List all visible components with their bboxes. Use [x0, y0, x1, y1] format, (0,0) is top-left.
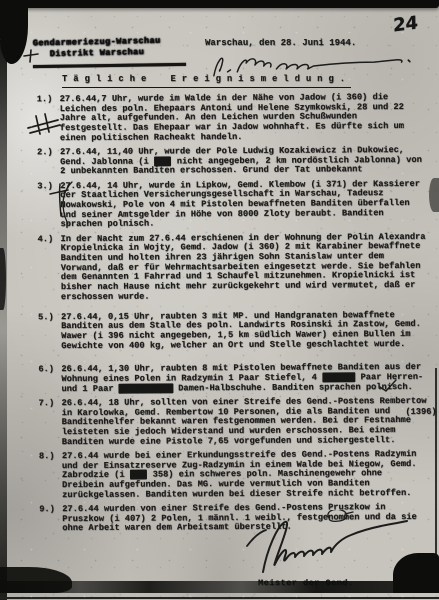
- redacted-text: xxxxxxxxxx: [119, 383, 173, 393]
- entry-text-segment: Damen-Halbschuhe. Banditen sprachen poln…: [173, 382, 413, 393]
- margin-cross-mark-icon: [22, 47, 40, 65]
- report-entry-1: 1.) 27.6.44,7 Uhr, wurde im Walde in der…: [37, 93, 429, 144]
- scan-edge-right-line: [435, 368, 438, 566]
- handwritten-note-icon: [208, 50, 423, 82]
- entry-number: 8.): [39, 452, 62, 501]
- report-entry-4: 4.) In der Nacht zum 27.6.44 erschienen …: [38, 232, 430, 302]
- report-entry-7: 7.) 26.6.44, 18 Uhr, sollten von einer S…: [39, 397, 431, 448]
- entry-number: 6.): [38, 365, 61, 394]
- entry-text: 27.6.44, 14 Uhr, wurde in Lipkow, Gemd. …: [60, 179, 429, 230]
- entry-number: 2.): [37, 148, 60, 177]
- page-number-handwritten: 24: [393, 12, 418, 36]
- scanned-report-page: 24 Gendarmeriezug-Warschau Distrikt Wars…: [0, 0, 439, 600]
- entry-text: 27.6.44, 11,40 Uhr, wurde der Pole Ludwi…: [60, 146, 429, 177]
- report-entry-5: 5.) 27.6.44, 0,15 Uhr, raubten 3 mit MP.…: [38, 310, 430, 351]
- margin-check-mark-icon: [378, 377, 398, 393]
- scan-edge-top: [0, 0, 439, 8]
- scan-edge-left-blob: [0, 248, 6, 310]
- entry-text: 27.6.44, 0,15 Uhr, raubten 3 mit MP. und…: [61, 310, 430, 351]
- entry-number: 7.): [39, 399, 62, 448]
- report-entry-2: 2.) 27.6.44, 11,40 Uhr, wurde der Pole L…: [37, 146, 429, 178]
- report-entry-6: 6.) 26.6.44, 1,30 Uhr, raubten 8 mit Pis…: [38, 363, 430, 395]
- redacted-text: xxxxxx: [322, 372, 355, 382]
- entry-text: 27.6.44 wurde bei einer Erkundungsstreif…: [62, 450, 431, 501]
- scan-edge-bottom-line: [0, 597, 439, 600]
- scan-edge-right-smudge: [429, 178, 439, 212]
- entry-text: 27.6.44,7 Uhr, wurde im Walde in der Näh…: [60, 93, 429, 144]
- date-line: Warschau, den 28. Juni 1944.: [205, 38, 356, 48]
- report-entry-3: 3.) 27.6.44, 14 Uhr, wurde in Lipkow, Ge…: [37, 179, 429, 230]
- margin-bracket-mark-icon: [56, 180, 74, 226]
- scan-edge-left: [0, 40, 7, 600]
- report-entry-8: 8.) 27.6.44 wurde bei einer Erkundungsst…: [39, 450, 431, 501]
- entry-text: 26.6.44, 1,30 Uhr, raubten 8 mit Pistole…: [61, 363, 430, 394]
- margin-reference: (1396): [405, 408, 436, 418]
- unit-stamp: Gendarmeriezug-Warschau Distrikt Warscha…: [33, 36, 161, 60]
- entry-number: 5.): [38, 313, 61, 352]
- entry-text: In der Nacht zum 27.6.44 erschienen in d…: [61, 232, 430, 302]
- margin-hash-mark-icon: [26, 112, 62, 138]
- entry-number: 9.): [39, 505, 62, 534]
- scan-edge-bottom-right: [393, 553, 439, 593]
- entry-number: 4.): [38, 235, 61, 303]
- entry-text: 26.6.44, 18 Uhr, sollten von einer Strei…: [62, 397, 431, 448]
- report-body: 1.) 27.6.44,7 Uhr, wurde im Walde in der…: [37, 93, 432, 539]
- redacted-text: 369: [130, 470, 148, 480]
